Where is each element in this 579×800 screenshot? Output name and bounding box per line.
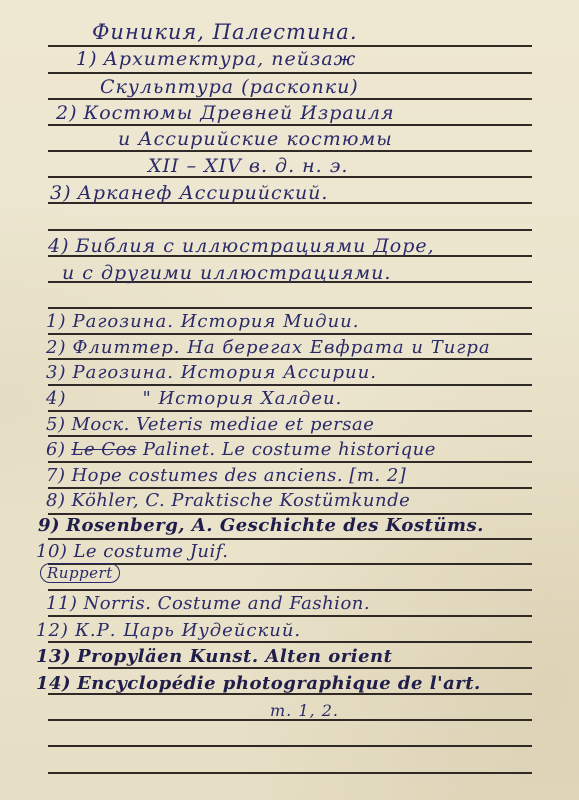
bibliography-item-annotation: Ruppert (40, 566, 120, 581)
note-line: и Ассирийские костюмы (118, 130, 393, 149)
ruled-line (48, 487, 532, 489)
note-line: 3)Арканеф Ассирийский. (50, 184, 328, 203)
bibliography-item: 1)Рагозина. История Мидии. (46, 313, 359, 331)
bibliography-item: 12)К.Р. Царь Иудейский. (36, 622, 301, 640)
ruled-line (48, 641, 532, 643)
ruled-line (48, 667, 532, 669)
bibliography-item: 7)Hope costumes des anciens. [т. 2] (46, 467, 406, 485)
bibliography-item: 4)" История Халдеи. (46, 390, 342, 408)
note-line: 4)Библия с иллюстрациями Доре, (48, 237, 435, 256)
ruled-line (48, 410, 532, 412)
ruled-line (48, 461, 532, 463)
bibliography-item: 3)Рагозина. История Ассирии. (46, 364, 377, 382)
page-heading: Финикия, Палестина. (92, 22, 358, 43)
ruled-line (48, 333, 532, 335)
note-line: 2)Костюмы Древней Израиля (56, 104, 395, 123)
ruled-line (48, 124, 532, 126)
bibliography-item: 2)Флиттер. На берегах Евфрата и Тигра (46, 339, 491, 357)
note-line: и с другими иллюстрациями. (62, 264, 391, 283)
ruled-line (48, 563, 532, 565)
bibliography-item: 11)Norris. Costume and Fashion. (46, 595, 370, 613)
ruled-line (48, 150, 532, 152)
ruled-line (48, 772, 532, 774)
bibliography-item: 10)Le costume Juif. (36, 543, 229, 561)
ruled-line (48, 538, 532, 540)
ruled-line (48, 229, 532, 231)
bibliography-item: 5)Моск. Veteris mediae et persae (46, 416, 374, 434)
bibliography-item: 6)Le Cos Palinet. Le costume historique (46, 441, 436, 459)
ruled-line (48, 45, 532, 47)
ruled-line (48, 589, 532, 591)
bibliography-item: 9)Rosenberg, A. Geschichte des Kostüms. (38, 517, 484, 535)
ruled-line (48, 435, 532, 437)
note-line: XII – XIV в. д. н. э. (148, 157, 348, 176)
ruled-line (48, 615, 532, 617)
bibliography-item: 8)Köhler, C. Praktische Kostümkunde (46, 492, 410, 510)
ruled-line (48, 98, 532, 100)
ruled-line (48, 384, 532, 386)
ruled-line (48, 358, 532, 360)
note-line: 1)Архитектура, пейзаж (76, 50, 356, 69)
ruled-line (48, 745, 532, 747)
bibliography-item-volumes: т. 1, 2. (270, 703, 339, 719)
ruled-line (48, 307, 532, 309)
ruled-line (48, 72, 532, 74)
note-line: Скульптура (раскопки) (100, 78, 359, 97)
bibliography-item: 13)Propyläen Kunst. Alten orient (36, 648, 392, 666)
bibliography-item: 14)Encyclopédie photographique de l'art. (36, 675, 481, 693)
